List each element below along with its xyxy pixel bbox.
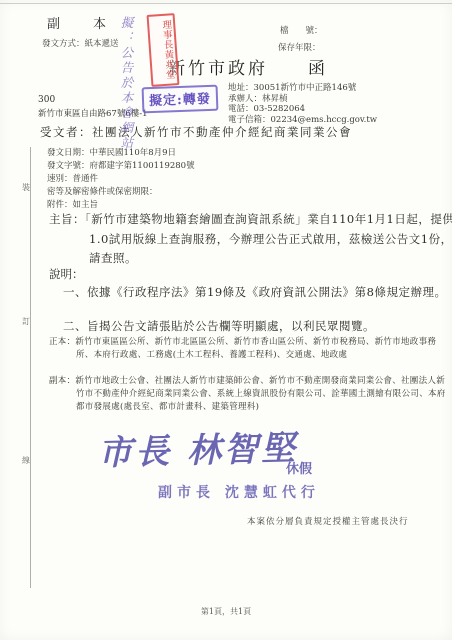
binding-char-ding: 訂 <box>22 316 30 327</box>
original-label: 正本： <box>49 337 75 347</box>
copy-text: 新竹市地政士公會、社團法人新竹市建築師公會、新竹市不動產開發商業同業公會、社團法… <box>75 376 445 412</box>
file-number-label: 檔 號： <box>280 24 323 36</box>
item-text: 旨揭公告文請張貼於公告欄等明顯處，以利民眾閱覽。 <box>87 319 375 333</box>
subject-label: 主旨： <box>49 212 85 226</box>
phone-line: 電話：03-5282064 <box>228 104 377 115</box>
delivery-method-label: 發文方式：紙本遞送 <box>42 37 119 49</box>
decision-stamp: 擬定:轉發 <box>142 85 219 114</box>
scan-edge-line <box>0 3 452 4</box>
description-item: 一、依據《行政程序法》第19條及《政府資訊公開法》第8條規定辦理。 <box>63 283 452 303</box>
copy-type-label: 副 本 <box>47 13 116 32</box>
subject-paragraph: 主旨：「新竹市建築物地籍套繪圖查詢資訊系統」業自110年1月1日起，提供1.0試… <box>49 210 452 269</box>
copy-label: 副本： <box>49 376 75 386</box>
chairman-stamp: 理事長黃兆堂 <box>147 13 180 87</box>
leave-status: 休假 <box>286 458 312 477</box>
description-label: 說明： <box>49 266 84 282</box>
recipient-line: 受文者：社團法人新竹市不動產仲介經紀商業同業公會 <box>40 124 352 140</box>
page-footer: 第1頁，共1頁 <box>0 606 452 617</box>
security-line: 密等及解密條件或保密期限： <box>47 186 195 199</box>
handwritten-note: 擬：公告於本會網站 <box>117 16 135 181</box>
document-page: 裝 訂 線 副 本 發文方式：紙本遞送 檔 號： 保存年限： 新竹市政府 函 擬… <box>0 0 452 640</box>
contact-person-line: 承辦人：林昇楨 <box>228 94 377 105</box>
description-item: 二、旨揭公告文請張貼於公告欄等明顯處，以利民眾閱覽。 <box>63 317 452 337</box>
item-number: 一、 <box>63 285 87 299</box>
authorization-note: 本案依分層負責規定授權主管處長決行 <box>247 515 409 527</box>
contact-block: 地址：30051新竹市中正路146號 承辦人：林昇楨 電話：03-5282064… <box>228 83 377 125</box>
item-number: 二、 <box>63 319 87 333</box>
subject-text: 「新竹市建築物地籍套繪圖查詢資訊系統」業自110年1月1日起，提供1.0試用版線… <box>85 212 452 265</box>
binding-char-zhuang: 裝 <box>22 182 30 193</box>
retention-period-label: 保存年限： <box>278 41 321 53</box>
recipient-postal-code: 300 <box>38 95 55 105</box>
item-text: 依據《行政程序法》第19條及《政府資訊公開法》第8條規定辦理。 <box>87 285 446 299</box>
deputy-signature: 副市長 沈慧虹代行 <box>158 482 320 502</box>
original-recipients: 正本：新竹市東區區公所、新竹市北區區公所、新竹市香山區公所、新竹市稅務局、新竹市… <box>49 336 452 362</box>
original-text: 新竹市東區區公所、新竹市北區區公所、新竹市香山區公所、新竹市稅務局、新竹市地政事… <box>75 337 436 360</box>
binding-line <box>30 147 31 588</box>
copy-recipients: 副本：新竹市地政士公會、社團法人新竹市建築師公會、新竹市不動產開發商業同業公會、… <box>49 375 452 414</box>
agency-title: 新竹市政府 函 <box>168 54 328 79</box>
binding-char-xian: 線 <box>22 455 30 466</box>
agency-address-line: 地址：30051新竹市中正路146號 <box>228 83 377 94</box>
mayor-signature: 市長 林智堅 <box>97 420 298 474</box>
